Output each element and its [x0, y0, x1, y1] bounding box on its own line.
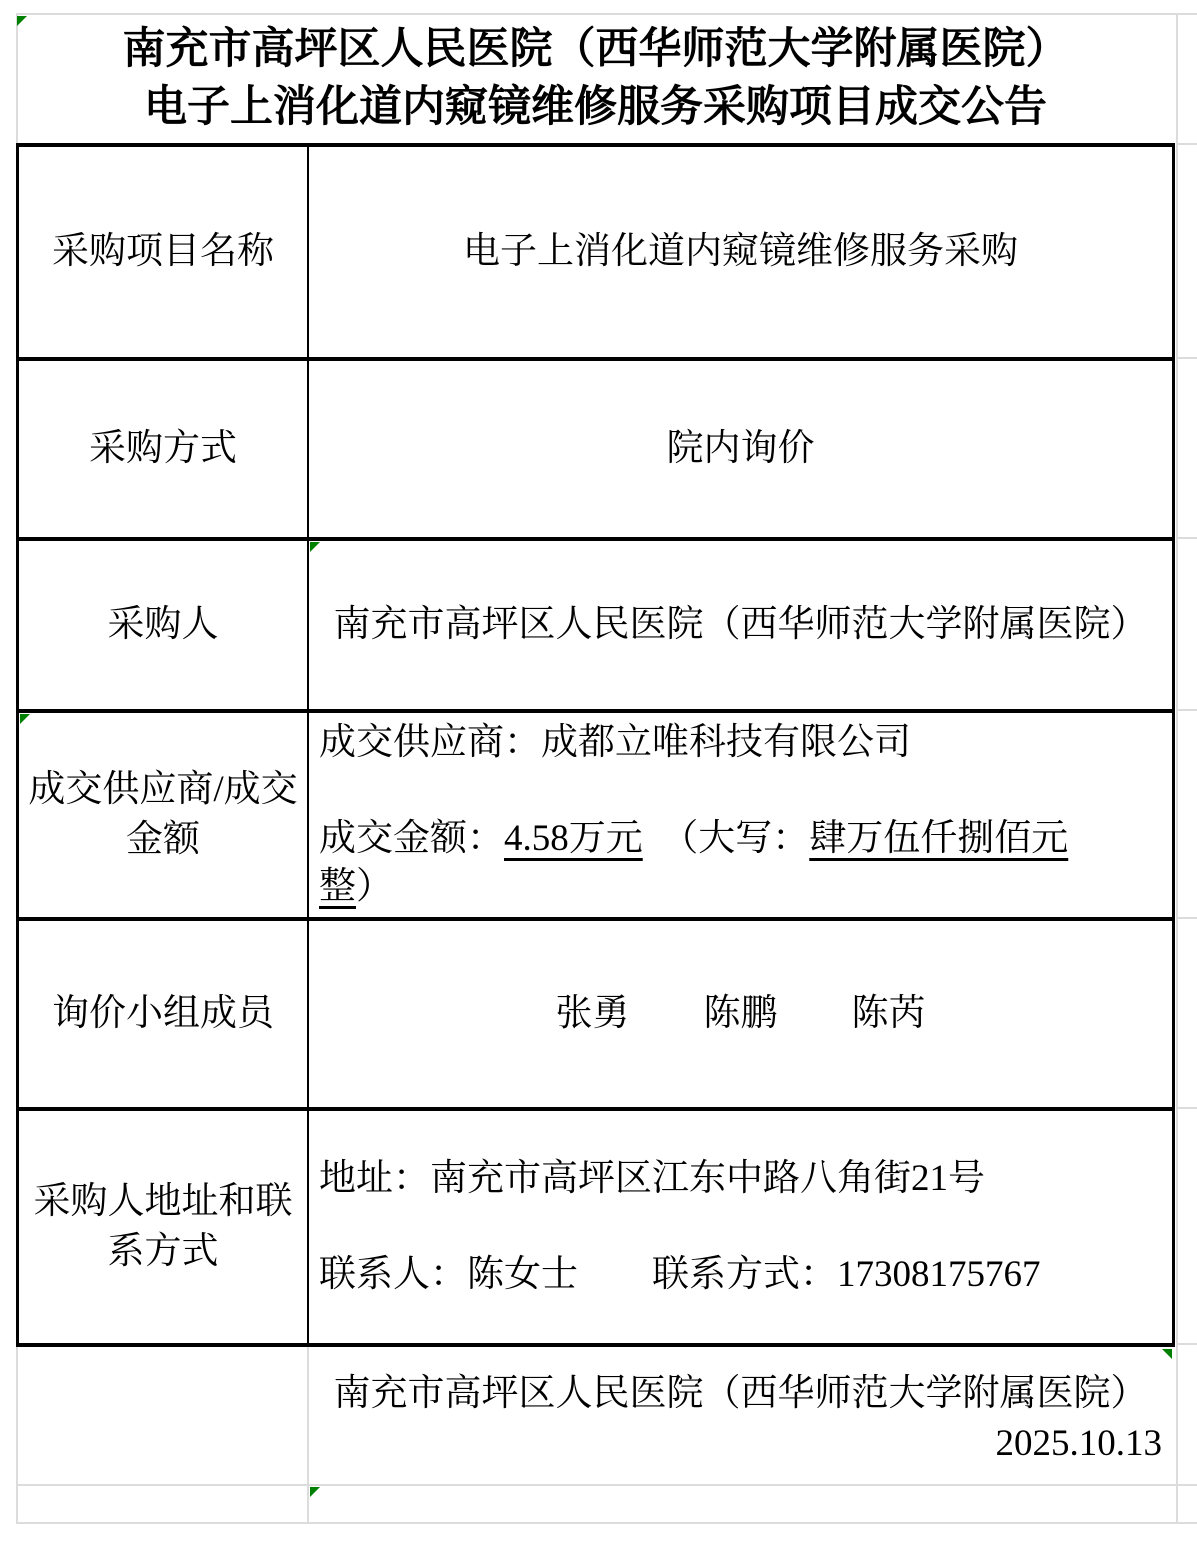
announcement-page: 南充市高坪区人民医院（西华师范大学附属医院） 电子上消化道内窥镜维修服务采购项目… [0, 0, 1197, 1542]
amount-caps-wrap: 整 [319, 866, 356, 907]
supplier-line: 成交供应商：成都立唯科技有限公司 [319, 719, 1164, 767]
cell-error-indicator-icon [310, 1487, 320, 1497]
cell-error-indicator-icon [20, 714, 30, 724]
label-cell-project-name: 采购项目名称 [19, 147, 307, 357]
value-cell-procurement-method: 院内询价 [309, 361, 1172, 537]
amount-caps-prefix: （大写： [643, 818, 810, 859]
gridline-signature-bottom [16, 1484, 1197, 1486]
contact-line: 联系人：陈女士 联系方式：17308175767 [319, 1251, 1164, 1299]
value-cell-address-contact: 地址：南充市高坪区江东中路八角街21号 联系人：陈女士 联系方式：1730817… [309, 1111, 1172, 1343]
label-cell-purchaser: 采购人 [19, 541, 307, 709]
signature-org: 南充市高坪区人民医院（西华师范大学附属医院） [309, 1369, 1172, 1419]
blank-line [319, 767, 1164, 815]
cell-error-indicator-icon [17, 16, 27, 26]
page-title-line-1: 南充市高坪区人民医院（西华师范大学附属医院） [123, 21, 1069, 79]
gridline-margin-seg-2 [1176, 357, 1197, 359]
signature-block: 南充市高坪区人民医院（西华师范大学附属医院） 2025.10.13 [309, 1347, 1172, 1484]
value-cell-purchaser: 南充市高坪区人民医院（西华师范大学附属医院） [309, 541, 1172, 709]
gridline-bottom-left [16, 1347, 18, 1522]
signature-date: 2025.10.13 [309, 1419, 1172, 1469]
page-title-line-2: 电子上消化道内窥镜维修服务采购项目成交公告 [144, 79, 1047, 137]
value-cell-supplier-amount: 成交供应商：成都立唯科技有限公司 成交金额：4.58万元 （大写：肆万伍仟捌佰元… [309, 713, 1172, 917]
label-cell-inquiry-team: 询价小组成员 [19, 921, 307, 1107]
value-cell-project-name: 电子上消化道内窥镜维修服务采购 [309, 147, 1172, 357]
page-title: 南充市高坪区人民医院（西华师范大学附属医院） 电子上消化道内窥镜维修服务采购项目… [16, 14, 1175, 143]
gridline-margin-seg-6 [1176, 1107, 1197, 1109]
amount-value: 4.58万元 [504, 818, 643, 859]
cell-error-indicator-icon [310, 542, 320, 552]
gridline-empty-row-bottom [16, 1522, 1197, 1524]
address-line: 地址：南充市高坪区江东中路八角街21号 [319, 1155, 1164, 1203]
value-cell-inquiry-team: 张勇 陈鹏 陈芮 [309, 921, 1172, 1107]
amount-line: 成交金额：4.58万元 （大写：肆万伍仟捌佰元整） [319, 815, 1164, 911]
label-cell-supplier-amount: 成交供应商/成交金额 [19, 713, 307, 917]
gridline-margin-seg-7 [1176, 1343, 1197, 1345]
amount-prefix: 成交金额： [319, 818, 504, 859]
gridline-margin-seg-1 [1176, 143, 1197, 145]
gridline-right [1176, 13, 1178, 1522]
gridline-margin-seg-5 [1176, 917, 1197, 919]
blank-line [319, 1203, 1164, 1251]
amount-suffix: ） [356, 866, 393, 907]
gridline-margin-seg-4 [1176, 709, 1197, 711]
amount-caps-value: 肆万伍仟捌佰元 [809, 818, 1068, 859]
label-cell-procurement-method: 采购方式 [19, 361, 307, 537]
label-cell-address-contact: 采购人地址和联系方式 [19, 1111, 307, 1343]
cell-error-indicator-icon [1162, 1349, 1172, 1359]
gridline-margin-seg-3 [1176, 537, 1197, 539]
